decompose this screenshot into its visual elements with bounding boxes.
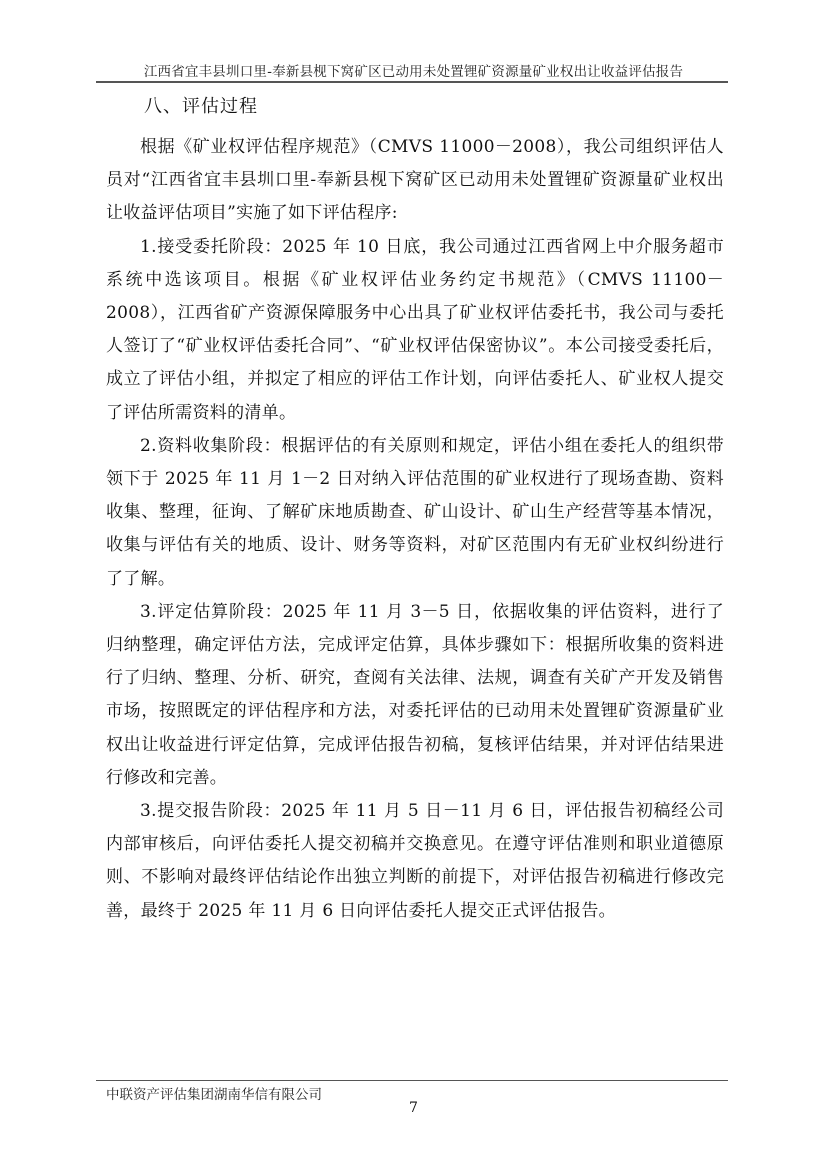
paragraph-step-4: 3.提交报告阶段：2025 年 11 月 5 日－11 月 6 日，评估报告初稿… xyxy=(106,795,724,928)
page-number: 7 xyxy=(0,1100,827,1116)
running-header: 江西省宜丰县圳口里-奉新县枧下窝矿区已动用未处置锂矿资源量矿业权出让收益评估报告 xyxy=(100,60,727,80)
footer-divider xyxy=(96,1080,728,1081)
paragraph-intro: 根据《矿业权评估程序规范》（CMVS 11000－2008），我公司组织评估人员… xyxy=(106,131,724,231)
header-divider xyxy=(96,81,728,83)
body-text: 根据《矿业权评估程序规范》（CMVS 11000－2008），我公司组织评估人员… xyxy=(106,131,724,928)
paragraph-step-3: 3.评定估算阶段：2025 年 11 月 3－5 日，依据收集的评估资料，进行了… xyxy=(106,596,724,795)
paragraph-step-2: 2.资料收集阶段：根据评估的有关原则和规定，评估小组在委托人的组织带领下于 20… xyxy=(106,430,724,596)
section-title: 八、评估过程 xyxy=(144,92,258,118)
paragraph-step-1: 1.接受委托阶段：2025 年 10 日底，我公司通过江西省网上中介服务超市系统… xyxy=(106,231,724,430)
